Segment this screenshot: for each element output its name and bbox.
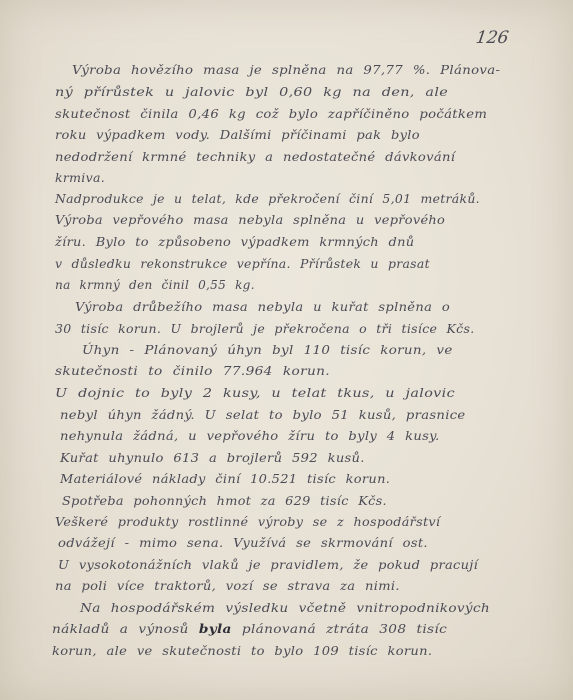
text-line: Kuřat uhynulo 613 a brojlerů 592 kusů. — [60, 450, 365, 465]
text-line: na poli více traktorů, vozí se strava za… — [55, 578, 400, 593]
text-line: odvážejí - mimo sena. Využívá se skrmová… — [58, 535, 428, 550]
text-line: ný přírůstek u jalovic byl 0,60 kg na de… — [55, 84, 448, 99]
handwritten-page: 126 Výroba hovězího masa je splněna na 9… — [0, 0, 573, 700]
text-line: žíru. Bylo to způsobeno výpadkem krmných… — [55, 234, 414, 249]
text-line: na krmný den činil 0,55 kg. — [55, 277, 255, 292]
text-line: Výroba vepřového masa nebyla splněna u v… — [55, 212, 445, 227]
text-line: Nadprodukce je u telat, kde překročení č… — [55, 191, 480, 206]
text-line: Na hospodářském výsledku včetně vnitropo… — [80, 600, 490, 615]
text-line: 30 tisíc korun. U brojlerů je překročena… — [55, 321, 475, 336]
text-line: Úhyn - Plánovaný úhyn byl 110 tisíc koru… — [82, 342, 453, 357]
text-line: Veškeré produkty rostlinné výroby se z h… — [55, 514, 440, 529]
text-line: krmiva. — [55, 170, 105, 185]
text-line: nehynula žádná, u vepřového žíru to byly… — [60, 428, 440, 443]
text-line: skutečnost činila 0,46 kg což bylo zapří… — [55, 106, 487, 121]
text-line: v důsledku rekonstrukce vepřína. Přírůst… — [55, 256, 430, 271]
text-line: roku výpadkem vody. Dalšími příčinami pa… — [55, 127, 420, 142]
text-line: Výroba drůbežího masa nebyla u kuřat spl… — [75, 299, 450, 314]
text-line: Spotřeba pohonných hmot za 629 tisíc Kčs… — [62, 493, 387, 508]
page-number: 126 — [475, 28, 510, 48]
text-line: U vysokotonážních vlaků je pravidlem, že… — [58, 557, 478, 572]
text-line: nedodržení krmné techniky a nedostatečné… — [55, 149, 455, 164]
text-line: U dojnic to byly 2 kusy, u telat tkus, u… — [55, 385, 455, 400]
text-line: korun, ale ve skutečnosti to bylo 109 ti… — [52, 643, 432, 658]
text-line: nebyl úhyn žádný. U selat to bylo 51 kus… — [60, 407, 466, 422]
emphasized-word: byla — [199, 621, 232, 636]
text-line: Výroba hovězího masa je splněna na 97,77… — [72, 62, 500, 77]
text-line: Materiálové náklady činí 10.521 tisíc ko… — [60, 471, 390, 486]
text-line: skutečnosti to činilo 77.964 korun. — [55, 363, 330, 378]
text-line: nákladů a výnosů byla plánovaná ztráta 3… — [52, 621, 447, 636]
